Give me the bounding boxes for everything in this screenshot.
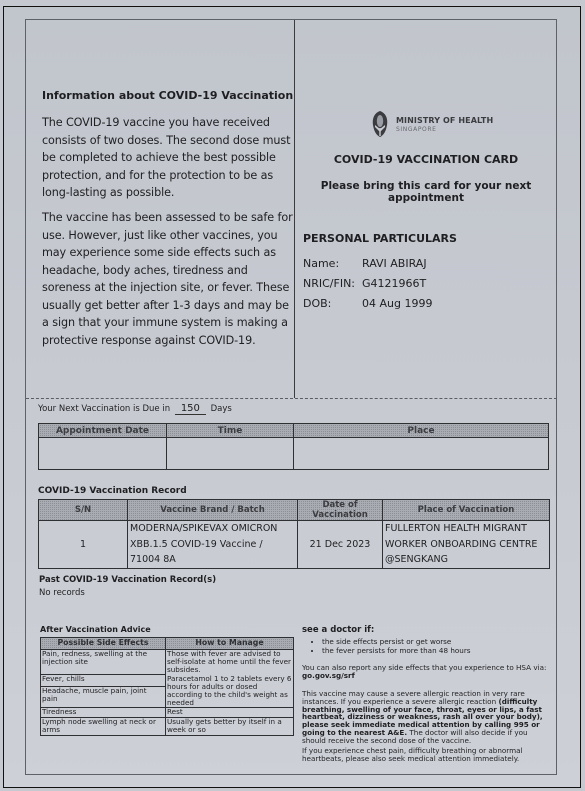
manage-cell: Rest — [166, 708, 294, 717]
ministry-country: SINGAPORE — [396, 126, 437, 133]
due-suffix: Days — [211, 404, 232, 414]
place-cell: FULLERTON HEALTH MIGRANT WORKER ONBOARDI… — [383, 521, 550, 569]
vaccination-record-table: S/N Vaccine Brand / Batch Date of Vaccin… — [38, 499, 550, 569]
hsa-link[interactable]: go.gov.sg/srf — [302, 671, 355, 680]
appointment-place-cell — [294, 438, 549, 470]
nric-value: G4121966T — [362, 277, 426, 290]
info-paragraph-side-effects: The vaccine has been assessed to be safe… — [42, 209, 294, 349]
table-row: Pain, redness, swelling at the injection… — [41, 650, 294, 675]
chest-pain-note: If you experience chest pain, difficulty… — [302, 747, 552, 763]
name-label: Name: — [303, 257, 339, 270]
effect-cell: Fever, chills — [41, 675, 166, 687]
advice-title: After Vaccination Advice — [40, 625, 151, 634]
table-row: 1 MODERNA/SPIKEVAX OMICRON XBB.1.5 COVID… — [39, 521, 550, 569]
cut-line — [26, 398, 557, 399]
col-time: Time — [167, 424, 294, 438]
ministry-name: MINISTRY OF HEALTH — [396, 116, 493, 125]
hsa-report-note: You can also report any side effects tha… — [302, 664, 552, 680]
appointment-time-cell — [167, 438, 294, 470]
col-side-effects: Possible Side Effects — [41, 638, 166, 650]
sn-cell: 1 — [39, 521, 128, 569]
col-place: Place — [294, 424, 549, 438]
past-records-title: Past COVID-19 Vaccination Record(s) — [39, 575, 216, 585]
table-row: Fever, chills Paracetamol 1 to 2 tablets… — [41, 675, 294, 687]
next-vaccination-due: Your Next Vaccination is Due in 150 Days — [38, 403, 232, 415]
appointment-date-cell — [39, 438, 167, 470]
manage-cell: Paracetamol 1 to 2 tablets every 6 hours… — [166, 675, 294, 708]
bring-card-note: Please bring this card for your next app… — [295, 180, 557, 204]
info-paragraph-doses: The COVID-19 vaccine you have received c… — [42, 114, 297, 202]
see-doctor-title: see a doctor if: — [302, 625, 374, 635]
see-doctor-list: the side effects persist or get worse th… — [314, 638, 471, 655]
date-cell: 21 Dec 2023 — [298, 521, 383, 569]
effect-cell: Lymph node swelling at neck or arms — [41, 717, 166, 735]
manage-cell: Usually gets better by itself in a week … — [166, 717, 294, 735]
personal-particulars-title: PERSONAL PARTICULARS — [303, 232, 457, 245]
allergy-intro: This vaccine may cause a severe allergic… — [302, 689, 525, 706]
effect-cell: Headache, muscle pain, joint pain — [41, 687, 166, 708]
fold-divider — [294, 20, 295, 398]
col-place-of-vaccination: Place of Vaccination — [383, 500, 550, 521]
effect-cell: Pain, redness, swelling at the injection… — [41, 650, 166, 675]
table-row: Lymph node swelling at neck or arms Usua… — [41, 717, 294, 735]
table-row: Tiredness Rest — [41, 708, 294, 717]
appointment-row — [39, 438, 549, 470]
col-how-to-manage: How to Manage — [166, 638, 294, 650]
col-date: Date of Vaccination — [298, 500, 383, 521]
dob-label: DOB: — [303, 297, 331, 310]
advice-table: Possible Side Effects How to Manage Pain… — [40, 637, 294, 736]
due-days: 150 — [175, 403, 206, 415]
appointment-table: Appointment Date Time Place — [38, 423, 549, 470]
nric-label: NRIC/FIN: — [303, 277, 355, 290]
effect-cell: Tiredness — [41, 708, 166, 717]
name-value: RAVI ABIRAJ — [362, 257, 427, 270]
allergy-warning: This vaccine may cause a severe allergic… — [302, 690, 552, 745]
card-title: COVID-19 VACCINATION CARD — [295, 153, 557, 166]
record-title: COVID-19 Vaccination Record — [38, 486, 187, 496]
info-title: Information about COVID-19 Vaccination — [42, 89, 293, 102]
col-sn: S/N — [39, 500, 128, 521]
vaccine-cell: MODERNA/SPIKEVAX OMICRON XBB.1.5 COVID-1… — [128, 521, 298, 569]
col-appointment-date: Appointment Date — [39, 424, 167, 438]
moh-crest-icon — [370, 110, 390, 138]
col-vaccine: Vaccine Brand / Batch — [128, 500, 298, 521]
manage-cell: Those with fever are advised to self-iso… — [166, 650, 294, 675]
due-prefix: Your Next Vaccination is Due in — [38, 404, 170, 414]
dob-value: 04 Aug 1999 — [362, 297, 432, 310]
past-records-body: No records — [39, 588, 85, 598]
list-item: the fever persists for more than 48 hour… — [322, 647, 471, 656]
